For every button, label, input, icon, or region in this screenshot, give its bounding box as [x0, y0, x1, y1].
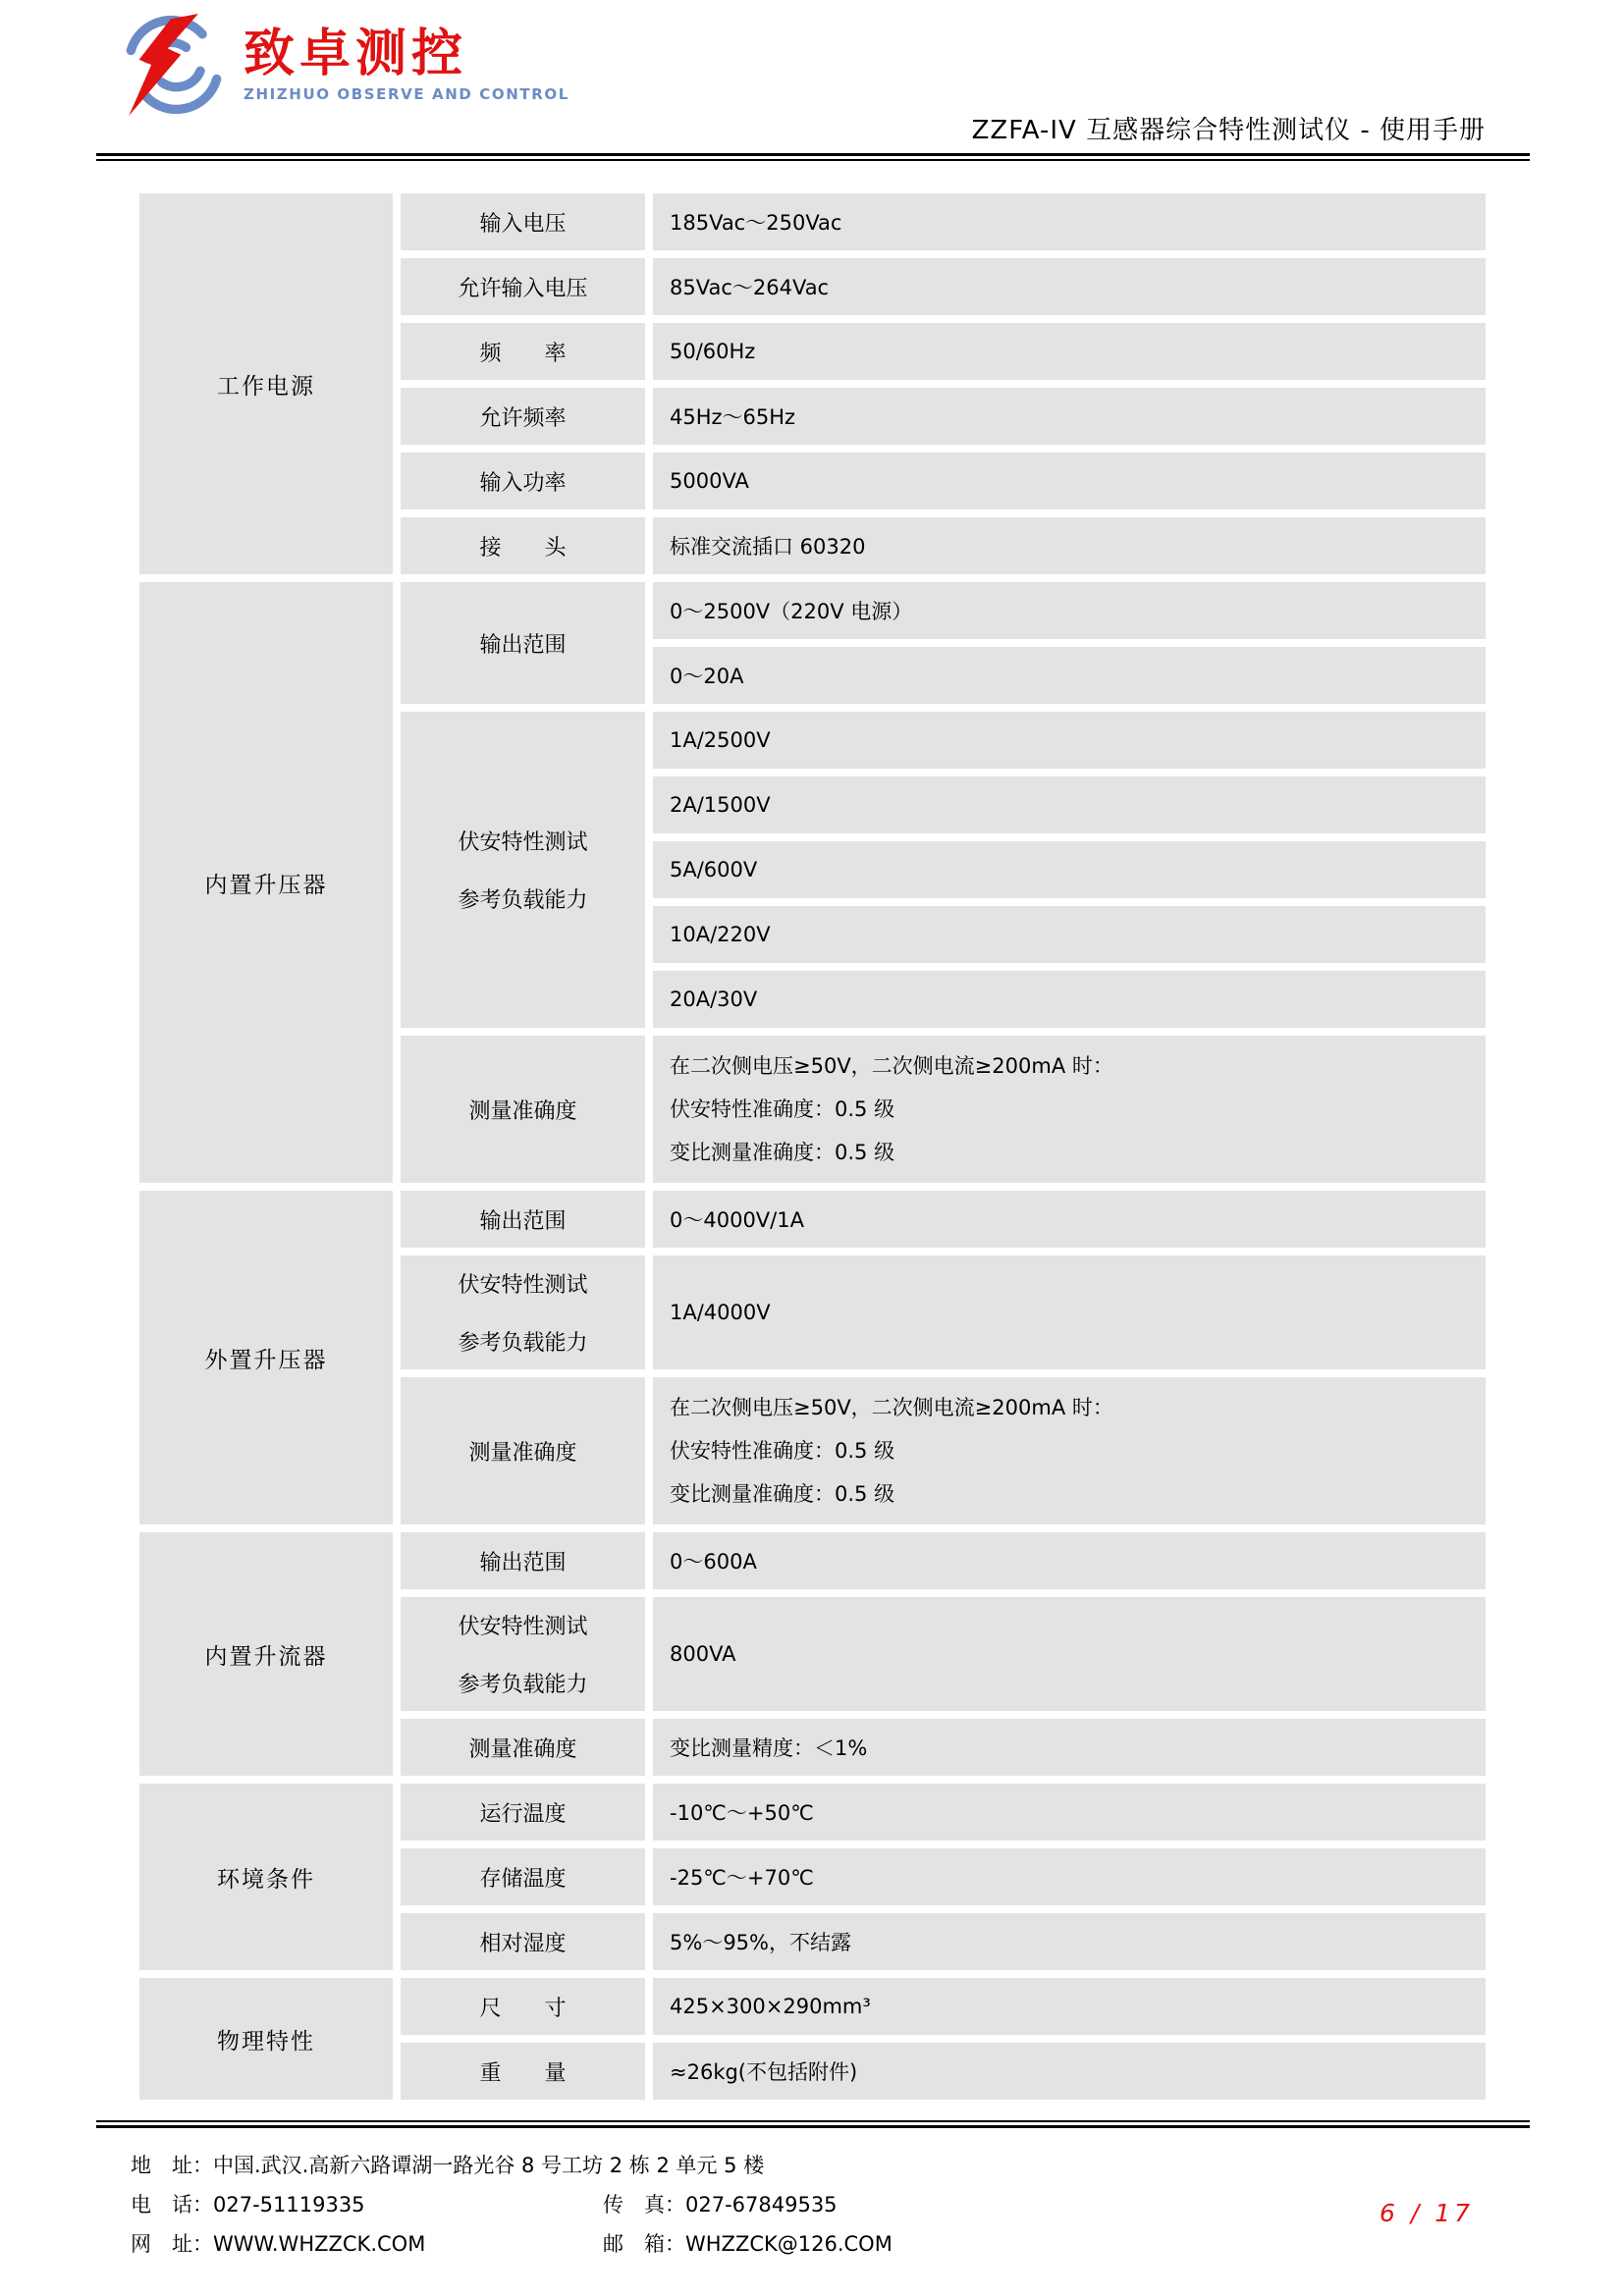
spec-value-line: 变比测量准确度：0.5 级 — [670, 1472, 1486, 1516]
footer-contact-block: 地 址：中国.武汉.高新六路谭湖一路光谷 8 号工坊 2 栋 2 单元 5 楼 … — [131, 2146, 893, 2264]
web-value: WWW.WHZZCK.COM — [213, 2232, 425, 2256]
spec-rows: 输出范围0～2500V（220V 电源）0～20A伏安特性测试参考负载能力1A/… — [401, 582, 1486, 1183]
address-label: 地 址： — [131, 2154, 213, 2177]
spec-label-line: 参考负载能力 — [458, 1668, 587, 1698]
spec-value-cell: 185Vac～250Vac — [653, 193, 1486, 250]
spec-value-cell: 5000VA — [653, 453, 1486, 509]
spec-label-cell: 输出范围 — [401, 1191, 645, 1248]
spec-label-cell: 输出范围 — [401, 582, 645, 704]
footer-web-email-line: 网 址：WWW.WHZZCK.COM邮 箱：WHZZCK@126.COM — [131, 2224, 893, 2264]
footer-rule — [96, 2120, 1530, 2128]
header-rule — [96, 153, 1530, 161]
spec-value-line: ≈26kg(不包括附件) — [670, 2056, 1486, 2086]
web-label: 网 址： — [131, 2232, 213, 2256]
spec-label-cell: 频 率 — [401, 323, 645, 380]
spec-values: 185Vac～250Vac — [653, 193, 1486, 250]
spec-value-line: -25℃～+70℃ — [670, 1862, 1486, 1892]
spec-values: ≈26kg(不包括附件) — [653, 2043, 1486, 2100]
spec-value-cell: 1A/2500V — [653, 712, 1486, 769]
spec-label-line: 输入电压 — [479, 207, 566, 238]
spec-label-line: 接 头 — [479, 531, 566, 561]
footer-phone-fax-line: 电 话：027-51119335传 真：027-67849535 — [131, 2185, 893, 2224]
spec-value-cell: 5%～95%，不结露 — [653, 1913, 1486, 1970]
spec-value-line: 变比测量精度：＜1% — [670, 1733, 1486, 1762]
spec-values: 在二次侧电压≥50V，二次侧电流≥200mA 时：伏安特性准确度：0.5 级变比… — [653, 1377, 1486, 1524]
spec-rows: 输入电压185Vac～250Vac允许输入电压85Vac～264Vac频 率50… — [401, 193, 1486, 574]
spec-value-line: 0～20A — [670, 661, 1486, 690]
email-label: 邮 箱： — [603, 2232, 685, 2256]
spec-label-line: 允许输入电压 — [458, 272, 587, 302]
spec-values: 在二次侧电压≥50V，二次侧电流≥200mA 时：伏安特性准确度：0.5 级变比… — [653, 1036, 1486, 1183]
spec-label-cell: 输出范围 — [401, 1532, 645, 1589]
spec-value-line: 45Hz～65Hz — [670, 401, 1486, 431]
brand-logo: 致卓测控 ZHIZHUO OBSERVE AND CONTROL — [116, 14, 569, 116]
spec-value-cell: 0～20A — [653, 647, 1486, 704]
spec-label-cell: 运行温度 — [401, 1784, 645, 1841]
spec-value-line: 2A/1500V — [670, 793, 1486, 817]
category-cell-internal-current-booster: 内置升流器 — [139, 1532, 393, 1776]
footer-rule-thin — [96, 2120, 1530, 2122]
spec-value-cell: ≈26kg(不包括附件) — [653, 2043, 1486, 2100]
spec-value-cell: 20A/30V — [653, 971, 1486, 1028]
spec-value-line: 5000VA — [670, 469, 1486, 493]
spec-values: 标准交流插口 60320 — [653, 517, 1486, 574]
spec-values: 变比测量精度：＜1% — [653, 1719, 1486, 1776]
spec-value-line: 0～4000V/1A — [670, 1204, 1486, 1234]
spec-label-cell: 尺 寸 — [401, 1978, 645, 2035]
spec-value-line: 标准交流插口 60320 — [670, 531, 1486, 561]
category-cell-internal-voltage-booster: 内置升压器 — [139, 582, 393, 1183]
category-cell-environment: 环境条件 — [139, 1784, 393, 1970]
spec-value-cell: 0～2500V（220V 电源） — [653, 582, 1486, 639]
spec-row: 运行温度-10℃～+50℃ — [401, 1784, 1486, 1841]
spec-label-cell: 输入功率 — [401, 453, 645, 509]
spec-row: 伏安特性测试参考负载能力1A/4000V — [401, 1255, 1486, 1369]
spec-value-cell: 2A/1500V — [653, 776, 1486, 833]
spec-label-line: 测量准确度 — [468, 1436, 576, 1467]
spec-label-line: 测量准确度 — [468, 1733, 576, 1763]
spec-label-cell: 测量准确度 — [401, 1036, 645, 1183]
category-cell-physical: 物理特性 — [139, 1978, 393, 2100]
spec-value-cell: 变比测量精度：＜1% — [653, 1719, 1486, 1776]
spec-section-internal-current-booster: 内置升流器输出范围0～600A伏安特性测试参考负载能力800VA测量准确度变比测… — [139, 1532, 1486, 1776]
spec-value-line: 85Vac～264Vac — [670, 272, 1486, 301]
spec-value-cell: 1A/4000V — [653, 1255, 1486, 1369]
spec-section-environment: 环境条件运行温度-10℃～+50℃存储温度-25℃～+70℃相对湿度5%～95%… — [139, 1784, 1486, 1970]
address-value: 中国.武汉.高新六路谭湖一路光谷 8 号工坊 2 栋 2 单元 5 楼 — [213, 2154, 764, 2177]
spec-row: 相对湿度5%～95%，不结露 — [401, 1913, 1486, 1970]
spec-value-cell: 425×300×290mm³ — [653, 1978, 1486, 2035]
spec-values: 50/60Hz — [653, 323, 1486, 380]
spec-row: 存储温度-25℃～+70℃ — [401, 1848, 1486, 1905]
spec-row: 频 率50/60Hz — [401, 323, 1486, 380]
spec-row: 伏安特性测试参考负载能力1A/2500V2A/1500V5A/600V10A/2… — [401, 712, 1486, 1028]
email-cell: 邮 箱：WHZZCK@126.COM — [603, 2232, 893, 2256]
spec-label-line: 输出范围 — [479, 628, 566, 659]
category-cell-working-power: 工作电源 — [139, 193, 393, 574]
spec-label-cell: 伏安特性测试参考负载能力 — [401, 1255, 645, 1369]
spec-value-cell: 0～600A — [653, 1532, 1486, 1589]
doc-title: ZZFA-IV 互感器综合特性测试仪 - 使用手册 — [972, 110, 1486, 146]
spec-label-cell: 存储温度 — [401, 1848, 645, 1905]
spec-value-cell: 0～4000V/1A — [653, 1191, 1486, 1248]
spec-row: 尺 寸425×300×290mm³ — [401, 1978, 1486, 2035]
spec-value-line: 变比测量准确度：0.5 级 — [670, 1131, 1486, 1174]
spec-value-line: 在二次侧电压≥50V，二次侧电流≥200mA 时： — [670, 1386, 1486, 1429]
spec-value-line: 5%～95%，不结露 — [670, 1927, 1486, 1956]
spec-label-line: 运行温度 — [479, 1797, 566, 1828]
spec-row: 重 量≈26kg(不包括附件) — [401, 2043, 1486, 2100]
spec-row: 接 头标准交流插口 60320 — [401, 517, 1486, 574]
spec-value-cell: 800VA — [653, 1597, 1486, 1711]
spec-label-line: 尺 寸 — [479, 1992, 566, 2022]
spec-value-cell: 5A/600V — [653, 841, 1486, 898]
spec-row: 输出范围0～600A — [401, 1532, 1486, 1589]
spec-section-working-power: 工作电源输入电压185Vac～250Vac允许输入电压85Vac～264Vac频… — [139, 193, 1486, 574]
phone-cell: 电 话：027-51119335 — [131, 2185, 603, 2224]
spec-values: 1A/4000V — [653, 1255, 1486, 1369]
spec-label-line: 重 量 — [479, 2056, 566, 2087]
spec-values: 45Hz～65Hz — [653, 388, 1486, 445]
fax-label: 传 真： — [603, 2193, 685, 2216]
spec-label-cell: 输入电压 — [401, 193, 645, 250]
brand-name: 致卓测控 — [244, 27, 569, 81]
spec-row: 允许频率45Hz～65Hz — [401, 388, 1486, 445]
spec-value-line: 425×300×290mm³ — [670, 1995, 1486, 2018]
spec-row: 允许输入电压85Vac～264Vac — [401, 258, 1486, 315]
spec-values: 800VA — [653, 1597, 1486, 1711]
spec-label-line: 测量准确度 — [468, 1095, 576, 1125]
email-value: WHZZCK@126.COM — [685, 2232, 893, 2256]
spec-value-cell: 标准交流插口 60320 — [653, 517, 1486, 574]
spec-label-cell: 伏安特性测试参考负载能力 — [401, 712, 645, 1028]
spec-value-line: 5A/600V — [670, 858, 1486, 881]
spec-values: 5%～95%，不结露 — [653, 1913, 1486, 1970]
brand-tagline: ZHIZHUO OBSERVE AND CONTROL — [244, 85, 569, 103]
footer-rule-thick — [96, 2125, 1530, 2128]
spec-rows: 输出范围0～4000V/1A伏安特性测试参考负载能力1A/4000V测量准确度在… — [401, 1191, 1486, 1524]
spec-label-cell: 允许频率 — [401, 388, 645, 445]
spec-label-cell: 相对湿度 — [401, 1913, 645, 1970]
spec-row: 伏安特性测试参考负载能力800VA — [401, 1597, 1486, 1711]
spec-row: 测量准确度在二次侧电压≥50V，二次侧电流≥200mA 时：伏安特性准确度：0.… — [401, 1036, 1486, 1183]
spec-value-cell: 50/60Hz — [653, 323, 1486, 380]
spec-value-line: 0～2500V（220V 电源） — [670, 596, 1486, 625]
spec-values: 1A/2500V2A/1500V5A/600V10A/220V20A/30V — [653, 712, 1486, 1028]
spec-row: 输出范围0～2500V（220V 电源）0～20A — [401, 582, 1486, 704]
spec-value-cell: -10℃～+50℃ — [653, 1784, 1486, 1841]
footer-address-line: 地 址：中国.武汉.高新六路谭湖一路光谷 8 号工坊 2 栋 2 单元 5 楼 — [131, 2146, 893, 2185]
spec-label-line: 参考负载能力 — [458, 883, 587, 914]
spec-label-line: 参考负载能力 — [458, 1326, 587, 1357]
spec-values: 5000VA — [653, 453, 1486, 509]
spec-values: 425×300×290mm³ — [653, 1978, 1486, 2035]
spec-value-line: -10℃～+50℃ — [670, 1797, 1486, 1827]
spec-section-external-voltage-booster: 外置升压器输出范围0～4000V/1A伏安特性测试参考负载能力1A/4000V测… — [139, 1191, 1486, 1524]
web-cell: 网 址：WWW.WHZZCK.COM — [131, 2224, 603, 2264]
spec-label-line: 输入功率 — [479, 466, 566, 497]
spec-values: -10℃～+50℃ — [653, 1784, 1486, 1841]
spec-label-cell: 测量准确度 — [401, 1719, 645, 1776]
spec-label-line: 频 率 — [479, 337, 566, 367]
spec-label-line: 相对湿度 — [479, 1927, 566, 1957]
page-number: 6 / 17 — [1380, 2199, 1474, 2227]
spec-value-line: 1A/4000V — [670, 1301, 1486, 1324]
manual-page: 致卓测控 ZHIZHUO OBSERVE AND CONTROL ZZFA-IV… — [0, 0, 1624, 2296]
spec-value-cell: 85Vac～264Vac — [653, 258, 1486, 315]
spec-table: 工作电源输入电压185Vac～250Vac允许输入电压85Vac～264Vac频… — [139, 193, 1486, 2100]
spec-section-internal-voltage-booster: 内置升压器输出范围0～2500V（220V 电源）0～20A伏安特性测试参考负载… — [139, 582, 1486, 1183]
spec-value-line: 0～600A — [670, 1546, 1486, 1575]
category-cell-external-voltage-booster: 外置升压器 — [139, 1191, 393, 1524]
spec-label-line: 伏安特性测试 — [458, 826, 587, 856]
spec-value-cell: 10A/220V — [653, 906, 1486, 963]
spec-row: 测量准确度变比测量精度：＜1% — [401, 1719, 1486, 1776]
spec-label-line: 伏安特性测试 — [458, 1268, 587, 1299]
spec-rows: 输出范围0～600A伏安特性测试参考负载能力800VA测量准确度变比测量精度：＜… — [401, 1532, 1486, 1776]
logo-arc-inner-bottom — [162, 71, 201, 86]
spec-label-cell: 允许输入电压 — [401, 258, 645, 315]
fax-value: 027-67849535 — [685, 2193, 838, 2216]
spec-value-line: 1A/2500V — [670, 728, 1486, 752]
phone-label: 电 话： — [131, 2193, 213, 2216]
spec-value-cell: 在二次侧电压≥50V，二次侧电流≥200mA 时：伏安特性准确度：0.5 级变比… — [653, 1377, 1486, 1524]
spec-value-line: 10A/220V — [670, 923, 1486, 946]
spec-value-line: 185Vac～250Vac — [670, 207, 1486, 237]
spec-label-line: 输出范围 — [479, 1546, 566, 1576]
spec-row: 输入功率5000VA — [401, 453, 1486, 509]
spec-label-line: 存储温度 — [479, 1862, 566, 1893]
spec-row: 输出范围0～4000V/1A — [401, 1191, 1486, 1248]
spec-label-line: 伏安特性测试 — [458, 1610, 587, 1640]
spec-value-line: 伏安特性准确度：0.5 级 — [670, 1088, 1486, 1131]
spec-label-cell: 伏安特性测试参考负载能力 — [401, 1597, 645, 1711]
spec-label-cell: 测量准确度 — [401, 1377, 645, 1524]
spec-rows: 运行温度-10℃～+50℃存储温度-25℃～+70℃相对湿度5%～95%，不结露 — [401, 1784, 1486, 1970]
spec-label-line: 输出范围 — [479, 1204, 566, 1235]
spec-value-line: 800VA — [670, 1642, 1486, 1666]
spec-section-physical: 物理特性尺 寸425×300×290mm³重 量≈26kg(不包括附件) — [139, 1978, 1486, 2100]
spec-label-cell: 接 头 — [401, 517, 645, 574]
brand-logo-icon — [116, 14, 232, 116]
spec-row: 测量准确度在二次侧电压≥50V，二次侧电流≥200mA 时：伏安特性准确度：0.… — [401, 1377, 1486, 1524]
spec-value-cell: 45Hz～65Hz — [653, 388, 1486, 445]
spec-values: 85Vac～264Vac — [653, 258, 1486, 315]
spec-label-cell: 重 量 — [401, 2043, 645, 2100]
spec-values: 0～600A — [653, 1532, 1486, 1589]
spec-row: 输入电压185Vac～250Vac — [401, 193, 1486, 250]
spec-values: -25℃～+70℃ — [653, 1848, 1486, 1905]
spec-value-cell: -25℃～+70℃ — [653, 1848, 1486, 1905]
spec-value-line: 20A/30V — [670, 988, 1486, 1011]
fax-cell: 传 真：027-67849535 — [603, 2193, 838, 2216]
spec-label-line: 允许频率 — [479, 401, 566, 432]
spec-value-line: 在二次侧电压≥50V，二次侧电流≥200mA 时： — [670, 1044, 1486, 1088]
spec-value-line: 伏安特性准确度：0.5 级 — [670, 1429, 1486, 1472]
spec-values: 0～4000V/1A — [653, 1191, 1486, 1248]
spec-value-cell: 在二次侧电压≥50V，二次侧电流≥200mA 时：伏安特性准确度：0.5 级变比… — [653, 1036, 1486, 1183]
header-rule-thin — [96, 159, 1530, 161]
spec-values: 0～2500V（220V 电源）0～20A — [653, 582, 1486, 704]
spec-rows: 尺 寸425×300×290mm³重 量≈26kg(不包括附件) — [401, 1978, 1486, 2100]
header-rule-thick — [96, 153, 1530, 156]
spec-value-line: 50/60Hz — [670, 340, 1486, 363]
phone-value: 027-51119335 — [213, 2193, 365, 2216]
